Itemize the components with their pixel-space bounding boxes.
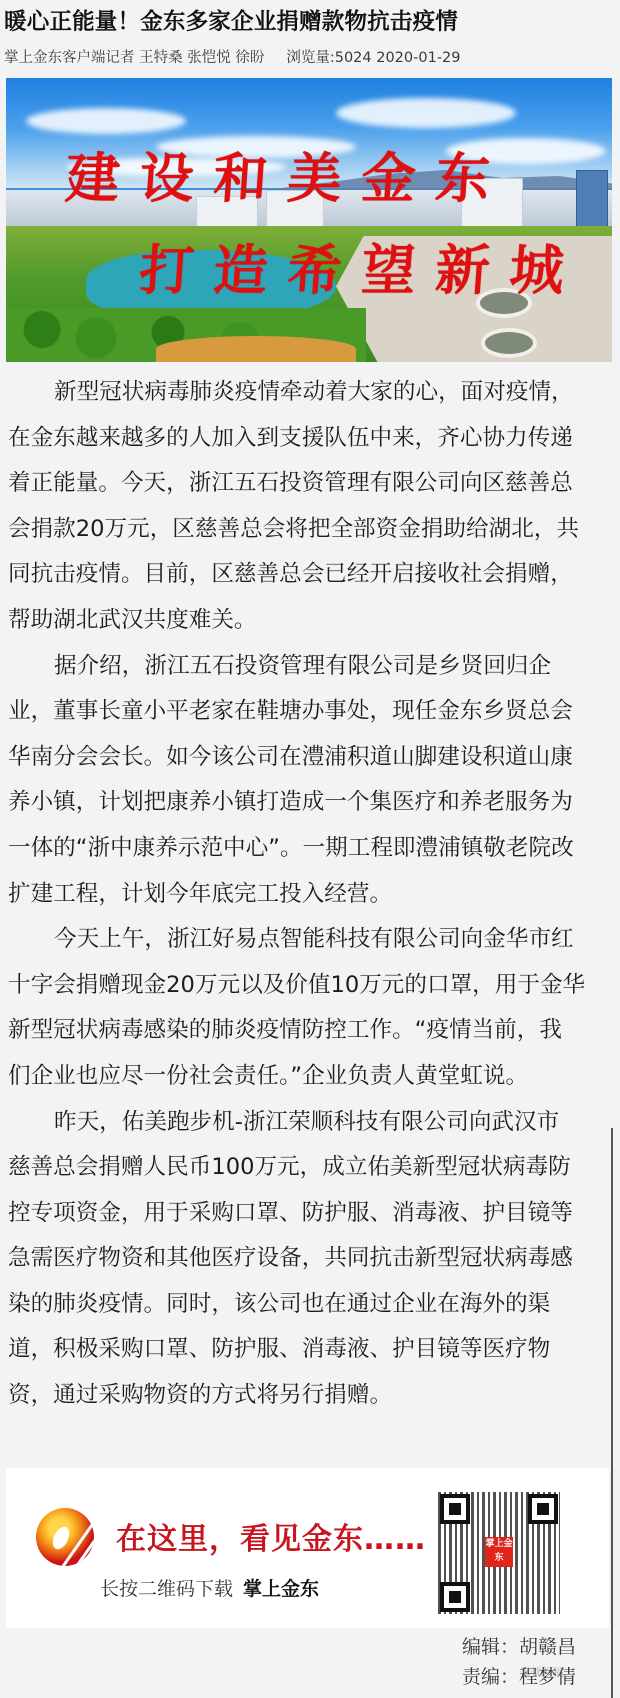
publish-date: 2020-01-29 bbox=[376, 50, 460, 66]
editor-label: 编辑： bbox=[462, 1636, 519, 1658]
text-line: 帮助湖北武汉共度难关。 bbox=[8, 598, 612, 644]
download-hint: 长按二维码下载掌上金东 bbox=[100, 1574, 319, 1601]
text-line: 会捐款20万元，区慈善总会将把全部资金捐助给湖北，共 bbox=[8, 507, 612, 553]
text-line: 一体的“浙中康养示范中心”。一期工程即澧浦镇敬老院改 bbox=[8, 826, 612, 872]
text-line: 新型冠状病毒肺炎疫情牵动着大家的心，面对疫情， bbox=[8, 370, 612, 416]
text-line: 控专项资金，用于采购口罩、防护服、消毒液、护目镜等 bbox=[8, 1191, 612, 1237]
text-line: 扩建工程，计划今年底完工投入经营。 bbox=[8, 872, 612, 918]
text-line: 在金东越来越多的人加入到支援队伍中来，齐心协力传递 bbox=[8, 416, 612, 462]
building bbox=[576, 170, 608, 234]
path bbox=[156, 336, 356, 362]
credits: 编辑：胡赣昌 责编：程梦倩 bbox=[462, 1632, 612, 1692]
article-meta: 掌上金东客户端记者 王特桑 张恺悦 徐盼浏览量:5024 2020-01-29 bbox=[4, 48, 461, 68]
cloud bbox=[26, 108, 186, 134]
jindong-logo-icon bbox=[36, 1508, 94, 1566]
editor-name: 胡赣昌 bbox=[519, 1636, 576, 1658]
app-promo-banner[interactable]: 在这里，看见金东…… 长按二维码下载掌上金东 掌上金东 bbox=[6, 1468, 609, 1628]
byline: 掌上金东客户端记者 王特桑 张恺悦 徐盼 bbox=[4, 50, 264, 66]
editor-line: 编辑：胡赣昌 bbox=[462, 1632, 612, 1662]
text-line: 染的肺炎疫情。同时，该公司也在通过企业在海外的渠 bbox=[8, 1282, 612, 1328]
text-line: 们企业也应尽一份社会责任。”企业负责人黄堂虹说。 bbox=[8, 1054, 612, 1100]
watermark: 无忧投稿 bbox=[520, 1664, 564, 1680]
views-label: 浏览量: bbox=[286, 50, 334, 66]
qr-finder bbox=[440, 1582, 470, 1612]
qr-finder bbox=[528, 1494, 558, 1524]
article-body: 新型冠状病毒肺炎疫情牵动着大家的心，面对疫情， 在金东越来越多的人加入到支援队伍… bbox=[8, 370, 612, 1419]
app-name: 掌上金东 bbox=[243, 1578, 319, 1600]
cloud bbox=[336, 98, 516, 128]
chief-editor-label: 责编： bbox=[462, 1666, 519, 1688]
text-line: 十字会捐赠现金20万元以及价值10万元的口罩，用于金华 bbox=[8, 963, 612, 1009]
text-cursor-divider bbox=[611, 1128, 613, 1698]
qr-center-logo: 掌上金东 bbox=[485, 1537, 513, 1567]
logo-hole bbox=[50, 1524, 73, 1552]
text-line: 道，积极采购口罩、防护服、消毒液、护目镜等医疗物 bbox=[8, 1327, 612, 1373]
qr-code-icon[interactable]: 掌上金东 bbox=[438, 1492, 560, 1614]
fountain bbox=[481, 328, 537, 358]
promo-slogan: 在这里，看见金东…… bbox=[116, 1514, 426, 1558]
text-line: 急需医疗物资和其他医疗设备，共同抗击新型冠状病毒感 bbox=[8, 1236, 612, 1282]
text-line: 华南分会会长。如今该公司在澧浦积道山脚建设积道山康 bbox=[8, 735, 612, 781]
text-line: 着正能量。今天，浙江五石投资管理有限公司向区慈善总 bbox=[8, 461, 612, 507]
text-line: 据介绍，浙江五石投资管理有限公司是乡贤回归企 bbox=[8, 644, 612, 690]
hero-slogan-line1: 建设和美金东 bbox=[63, 136, 512, 213]
hero-slogan-line2: 打造希望新城 bbox=[137, 228, 586, 305]
text-line: 养小镇，计划把康养小镇打造成一个集医疗和养老服务为 bbox=[8, 780, 612, 826]
text-line: 新型冠状病毒感染的肺炎疫情防控工作。“疫情当前，我 bbox=[8, 1008, 612, 1054]
download-text: 长按二维码下载 bbox=[100, 1578, 233, 1600]
text-line: 同抗击疫情。目前，区慈善总会已经开启接收社会捐赠， bbox=[8, 552, 612, 598]
text-line: 资，通过采购物资的方式将另行捐赠。 bbox=[8, 1373, 612, 1419]
text-line: 昨天，佑美跑步机-浙江荣顺科技有限公司向武汉市 bbox=[8, 1100, 612, 1146]
text-line: 慈善总会捐赠人民币100万元，成立佑美新型冠状病毒防 bbox=[8, 1145, 612, 1191]
article-title: 暖心正能量！金东多家企业捐赠款物抗击疫情 bbox=[4, 6, 616, 38]
view-count: 5024 bbox=[335, 50, 372, 66]
text-line: 今天上午，浙江好易点智能科技有限公司向金华市红 bbox=[8, 917, 612, 963]
qr-finder bbox=[440, 1494, 470, 1524]
hero-image: 建设和美金东 打造希望新城 bbox=[6, 78, 612, 362]
text-line: 业，董事长童小平老家在鞋塘办事处，现任金东乡贤总会 bbox=[8, 689, 612, 735]
